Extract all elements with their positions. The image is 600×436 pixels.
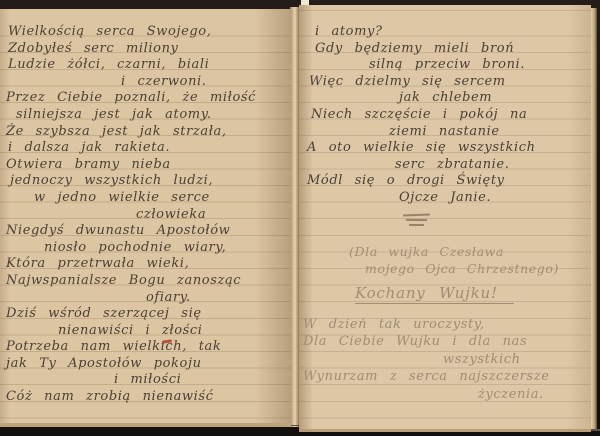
handwritten-line: jak Ty Apostołów pokoju — [6, 356, 287, 373]
handwritten-line: serc zbratanie. — [395, 157, 587, 174]
handwritten-line: Niegdyś dwunastu Apostołów — [6, 223, 287, 240]
wishes-text: W dzień tak uroczysty, Dla Ciebie Wujku … — [303, 316, 587, 403]
handwritten-line: Przez Ciebie poznali, że miłość — [6, 90, 287, 107]
handwritten-line: Niech szczęście i pokój na — [311, 107, 587, 124]
dedication-note: (Dla wujka Czesława mojego Ojca Chrzestn… — [307, 243, 587, 277]
handwritten-line: (Dla wujka Czesława — [349, 243, 587, 260]
handwritten-line: Która przetrwała wieki, — [6, 256, 287, 273]
handwritten-line: Wynurzam z serca najszczersze — [303, 368, 587, 385]
handwritten-line: człowieka — [136, 207, 287, 224]
handwritten-line: jednoczy wszystkich ludzi, — [10, 173, 287, 190]
notebook-photo: Wielkością serca Swojego, Zdobyłeś serc … — [0, 0, 600, 436]
handwritten-line: Że szybsza jest jak strzała, — [6, 124, 287, 141]
handwritten-line: Ojcze Janie. — [399, 190, 587, 207]
handwritten-line: ziemi nastanie — [389, 124, 587, 141]
handwritten-line: Najwspanialsze Bogu zanosząc — [6, 273, 287, 290]
greeting-heading: Kochany Wujku! — [307, 284, 587, 302]
handwritten-line: Wielkością serca Swojego, — [8, 24, 287, 41]
handwritten-line: silną przeciw broni. — [369, 57, 587, 74]
handwritten-line: Módl się o drogi Święty — [307, 173, 587, 190]
page-stack-edge — [591, 8, 597, 429]
handwritten-line: niosło pochodnie wiary, — [44, 240, 287, 257]
handwritten-line: Gdy będziemy mieli broń — [315, 41, 587, 58]
handwritten-line: Dla Ciebie Wujku i dla nas — [303, 333, 587, 350]
handwritten-line: nienawiści i złości — [58, 323, 287, 340]
left-page-poem: Wielkością serca Swojego, Zdobyłeś serc … — [6, 24, 287, 406]
handwritten-line: Kochany Wujku! — [355, 284, 514, 304]
handwritten-line: Więc dzielmy się sercem — [309, 74, 587, 91]
handwritten-line: silniejsza jest jak atomy. — [16, 107, 287, 124]
handwritten-line: jak chlebem — [399, 90, 587, 107]
handwritten-line: wszystkich — [443, 351, 587, 368]
handwritten-line: Cóż nam zrobią nienawiść — [6, 389, 287, 406]
handwritten-line: W dzień tak uroczysty, — [303, 316, 587, 333]
handwritten-line: i atomy? — [315, 24, 587, 41]
handwritten-line: i dalsza jak rakieta. — [8, 140, 287, 157]
handwritten-line: Dziś wśród szerzącej się — [6, 306, 287, 323]
flourish-divider — [401, 211, 441, 226]
handwritten-line: A oto wielkie się wszystkich — [307, 140, 587, 157]
handwritten-line: Zdobyłeś serc miliony — [8, 41, 287, 58]
handwritten-line: ofiary. — [146, 290, 287, 307]
right-page-poem: i atomy? Gdy będziemy mieli broń silną p… — [307, 24, 587, 207]
handwritten-line: Otwiera bramy nieba — [6, 157, 287, 174]
handwritten-line: i miłości — [114, 372, 287, 389]
handwritten-line: życzenia. — [478, 386, 587, 403]
left-page: Wielkością serca Swojego, Zdobyłeś serc … — [0, 9, 291, 427]
handwritten-line: Ludzie żółci, czarni, biali — [8, 57, 287, 74]
handwritten-line: mojego Ojca Chrzestnego) — [365, 260, 587, 277]
handwritten-line: Potrzeba nam wielkich, tak — [6, 339, 287, 356]
handwritten-line: w jedno wielkie serce — [34, 190, 287, 207]
handwritten-line: i czerwoni. — [121, 74, 287, 91]
right-page: i atomy? Gdy będziemy mieli broń silną p… — [299, 5, 591, 432]
page-gutter — [290, 7, 299, 427]
